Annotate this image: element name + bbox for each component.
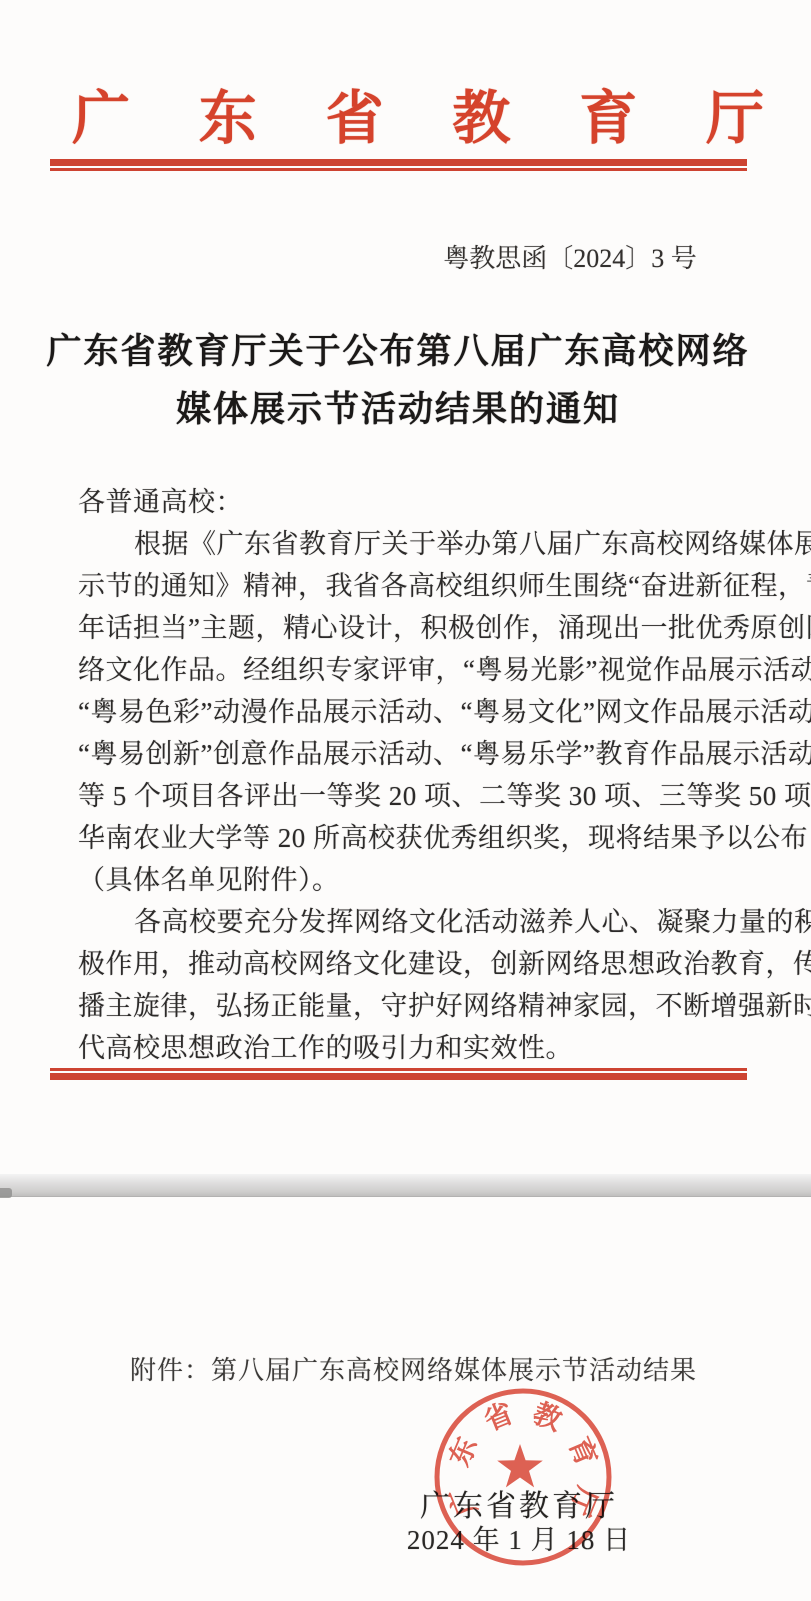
body-line: 极作用，推动高校网络文化建设，创新网络思想政治教育，传: [78, 943, 744, 985]
document-title-line2: 媒体展示节活动结果的通知: [0, 381, 796, 439]
body-line: 播主旋律，弘扬正能量，守护好网络精神家园，不断增强新时: [78, 985, 744, 1027]
attachment-note: 附件：第八届广东高校网络媒体展示节活动结果: [130, 1350, 697, 1387]
body-line: 等 5 个项目各评出一等奖 20 项、二等奖 30 项、三等奖 50 项，: [78, 775, 744, 817]
letterhead-divider-rule: [50, 159, 747, 171]
body-line: 络文化作品。经组织专家评审，“粤易光影”视觉作品展示活动、: [78, 649, 744, 691]
org-char: 厅: [706, 71, 764, 155]
document-number: 粤教思函〔2024〕3 号: [430, 238, 710, 275]
body-line: 示节的通知》精神，我省各高校组织师生围绕“奋进新征程，青: [78, 565, 744, 607]
page-break-shadow: [0, 1174, 811, 1197]
issue-date: 2024 年 1 月 18 日: [369, 1518, 669, 1557]
document-title: 广东省教育厅关于公布第八届广东高校网络 媒体展示节活动结果的通知: [0, 323, 796, 439]
svg-text:育: 育: [562, 1432, 603, 1471]
letterhead-org-name: 广 东 省 教 育 厅: [72, 80, 764, 146]
org-char: 育: [579, 71, 637, 155]
document-body: 各普通高校： 根据《广东省教育厅关于举办第八届广东高校网络媒体展 示节的通知》精…: [78, 481, 744, 1069]
scanned-document: 广 东 省 教 育 厅 粤教思函〔2024〕3 号 广东省教育厅关于公布第八届广…: [0, 0, 811, 1601]
body-line: （具体名单见附件）。: [78, 859, 744, 901]
org-char: 省: [326, 71, 384, 155]
body-line: 代高校思想政治工作的吸引力和实效性。: [78, 1027, 744, 1069]
svg-text:省: 省: [480, 1397, 518, 1437]
body-line: “粤易色彩”动漫作品展示活动、“粤易文化”网文作品展示活动、: [78, 691, 744, 733]
rule-thin-bar: [50, 168, 747, 171]
rule-thick-bar: [50, 1073, 747, 1080]
closing-divider-rule: [50, 1068, 747, 1080]
rule-thick-bar: [50, 159, 747, 166]
org-char: 教: [452, 71, 510, 155]
org-char: 广: [72, 71, 130, 155]
svg-text:教: 教: [528, 1397, 567, 1438]
page-edge-notch: [0, 1188, 12, 1198]
body-line: 华南农业大学等 20 所高校获优秀组织奖，现将结果予以公布: [78, 817, 744, 859]
body-line: “粤易创新”创意作品展示活动、“粤易乐学”教育作品展示活动: [78, 733, 744, 775]
org-char: 东: [199, 71, 257, 155]
body-line: 年话担当”主题，精心设计，积极创作，涌现出一批优秀原创网: [78, 607, 744, 649]
body-line: 根据《广东省教育厅关于举办第八届广东高校网络媒体展: [78, 523, 744, 565]
body-line: 各高校要充分发挥网络文化活动滋养人心、凝聚力量的积: [78, 901, 744, 943]
body-line-salutation: 各普通高校：: [78, 481, 744, 523]
document-title-line1: 广东省教育厅关于公布第八届广东高校网络: [0, 323, 796, 381]
svg-text:东: 东: [443, 1433, 483, 1471]
